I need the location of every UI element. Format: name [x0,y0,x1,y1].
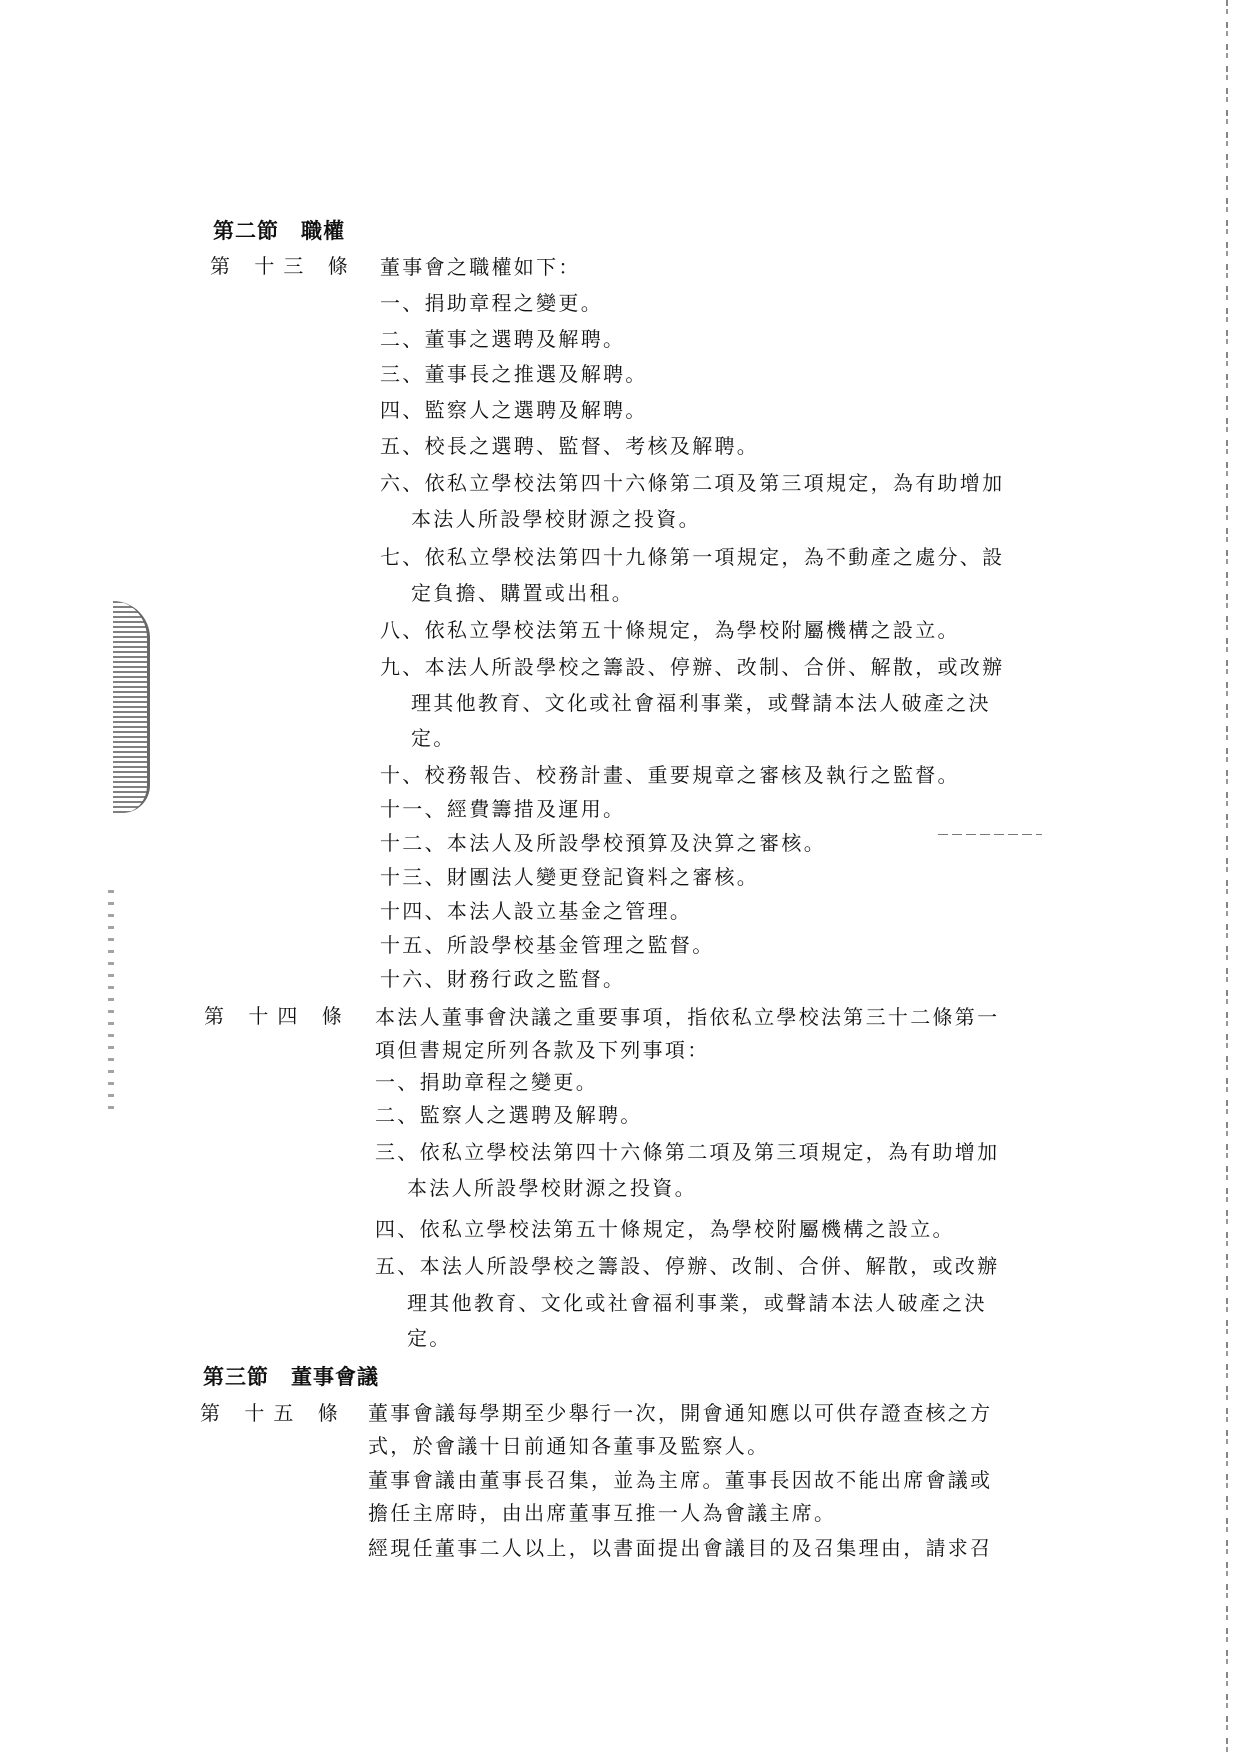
list-item-continuation: 本法人所設學校財源之投資。 [411,503,701,532]
list-item: 三、董事長之推選及解聘。 [380,358,648,387]
list-item: 七、依私立學校法第四十九條第一項規定，為不動產之處分、設 [380,541,1004,570]
stray-scan-line [938,834,1042,835]
list-item: 三、依私立學校法第四十六條第二項及第三項規定，為有助增加 [375,1136,999,1165]
binding-stamp-mark [113,601,150,813]
list-item: 一、捐助章程之變更。 [380,287,603,316]
article-text-line: 經現任董事二人以上，以書面提出會議目的及召集理由，請求召 [368,1532,992,1561]
article-text-line: 董事會之職權如下： [380,251,581,280]
list-item: 十一、經費籌措及運用。 [380,793,625,822]
list-item: 四、依私立學校法第五十條規定，為學校附屬機構之設立。 [375,1213,955,1242]
list-item-continuation: 定。 [411,722,456,751]
list-item: 一、捐助章程之變更。 [375,1066,598,1095]
list-item-continuation: 定負擔、購置或出租。 [411,577,634,606]
list-item: 二、董事之選聘及解聘。 [380,323,625,352]
article-label: 第 十五 條 [200,1397,347,1426]
list-item: 八、依私立學校法第五十條規定，為學校附屬機構之設立。 [380,614,960,643]
list-item-continuation: 本法人所設學校財源之投資。 [407,1172,697,1201]
article-label: 第 十四 條 [204,1000,351,1029]
article-text-line: 董事會議每學期至少舉行一次，開會通知應以可供存證查核之方 [368,1397,992,1426]
section-title: 第二節職權 [213,215,345,245]
article-text-line: 擔任主席時，由出席董事互推一人為會議主席。 [368,1497,836,1526]
article-text-line: 董事會議由董事長召集，並為主席。董事長因故不能出席會議或 [368,1464,992,1493]
article-text-line: 式，於會議十日前通知各董事及監察人。 [368,1430,769,1459]
article-label: 第 十三 條 [210,250,357,279]
list-item: 十四、本法人設立基金之管理。 [380,895,692,924]
scan-edge-artifact [1226,0,1228,1753]
list-item: 二、監察人之選聘及解聘。 [375,1099,643,1128]
article-text-line: 項但書規定所列各款及下列事項： [375,1034,710,1063]
list-item-continuation: 理其他教育、文化或社會福利事業，或聲請本法人破產之決 [411,687,991,716]
list-item: 十五、所設學校基金管理之監督。 [380,929,715,958]
list-item: 四、監察人之選聘及解聘。 [380,394,648,423]
binding-hole-marks [108,890,114,1110]
scanned-document-page: 第二節職權 第 十三 條 董事會之職權如下： 一、捐助章程之變更。 二、董事之選… [0,0,1242,1753]
list-item-continuation: 定。 [407,1322,452,1351]
list-item: 十二、本法人及所設學校預算及決算之審核。 [380,827,826,856]
list-item-continuation: 理其他教育、文化或社會福利事業，或聲請本法人破產之決 [407,1287,987,1316]
list-item: 六、依私立學校法第四十六條第二項及第三項規定，為有助增加 [380,467,1004,496]
list-item: 五、本法人所設學校之籌設、停辦、改制、合併、解散，或改辦 [375,1250,999,1279]
list-item: 十、校務報告、校務計畫、重要規章之審核及執行之監督。 [380,759,960,788]
section-heading: 職權 [301,218,345,243]
section-heading: 董事會議 [291,1364,379,1389]
section-title: 第三節董事會議 [203,1361,379,1391]
list-item: 九、本法人所設學校之籌設、停辦、改制、合併、解散，或改辦 [380,651,1004,680]
article-text-line: 本法人董事會決議之重要事項，指依私立學校法第三十二條第一 [375,1001,999,1030]
section-number: 第三節 [203,1364,269,1389]
list-item: 十六、財務行政之監督。 [380,963,625,992]
list-item: 五、校長之選聘、監督、考核及解聘。 [380,430,759,459]
section-number: 第二節 [213,218,279,243]
list-item: 十三、財團法人變更登記資料之審核。 [380,861,759,890]
